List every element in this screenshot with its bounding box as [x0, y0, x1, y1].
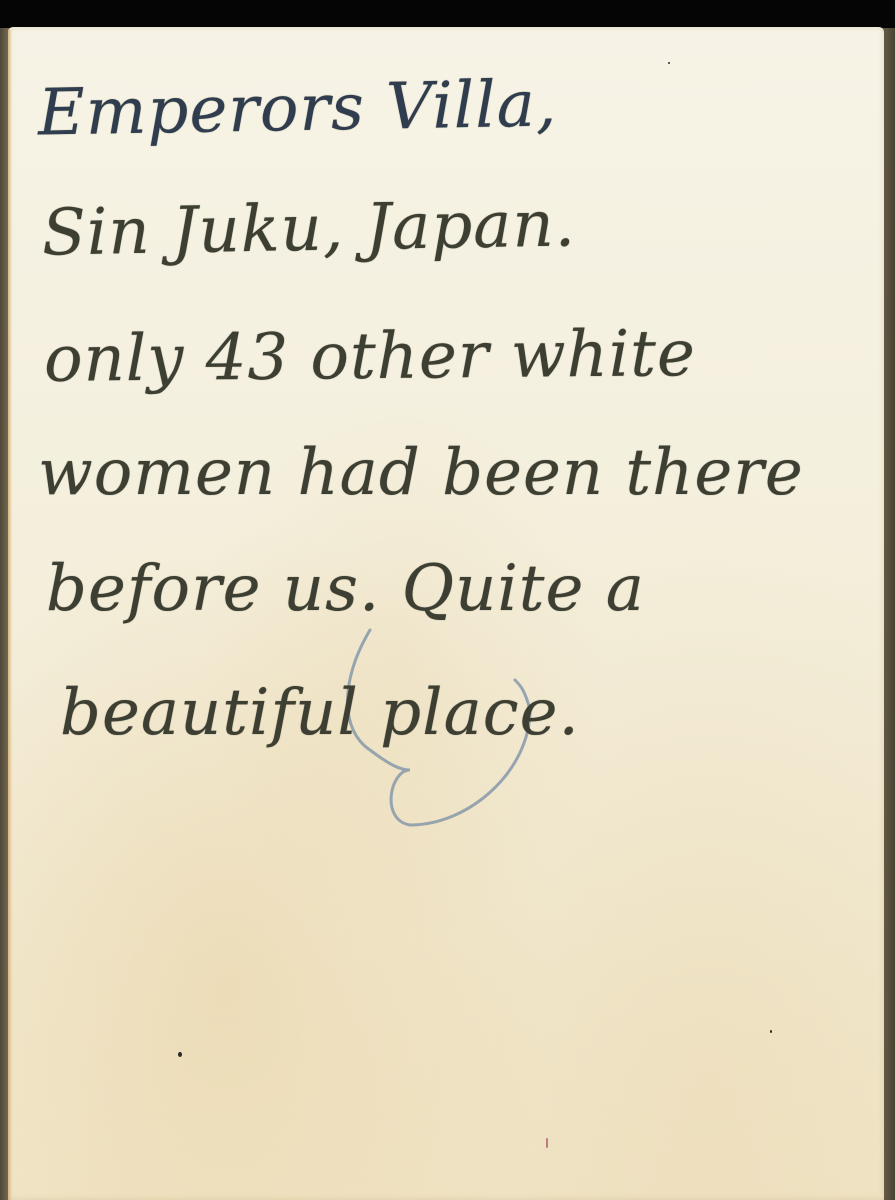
note-line-5: before us. Quite a — [46, 552, 645, 626]
paper-speck — [178, 1052, 182, 1057]
note-line-2: Sin Juku, Japan. — [41, 187, 576, 270]
paper-speck — [770, 1030, 772, 1033]
handwritten-note: Emperors Villa, Sin Juku, Japan. only 43… — [0, 0, 895, 1200]
note-line-1: Emperors Villa, — [37, 67, 557, 150]
paper-speck — [668, 62, 670, 64]
note-line-4: women had been there — [38, 436, 804, 510]
note-line-6: beautiful place. — [60, 676, 580, 750]
note-line-3: only 43 other white — [44, 317, 696, 397]
paper-speck-red — [546, 1138, 548, 1148]
